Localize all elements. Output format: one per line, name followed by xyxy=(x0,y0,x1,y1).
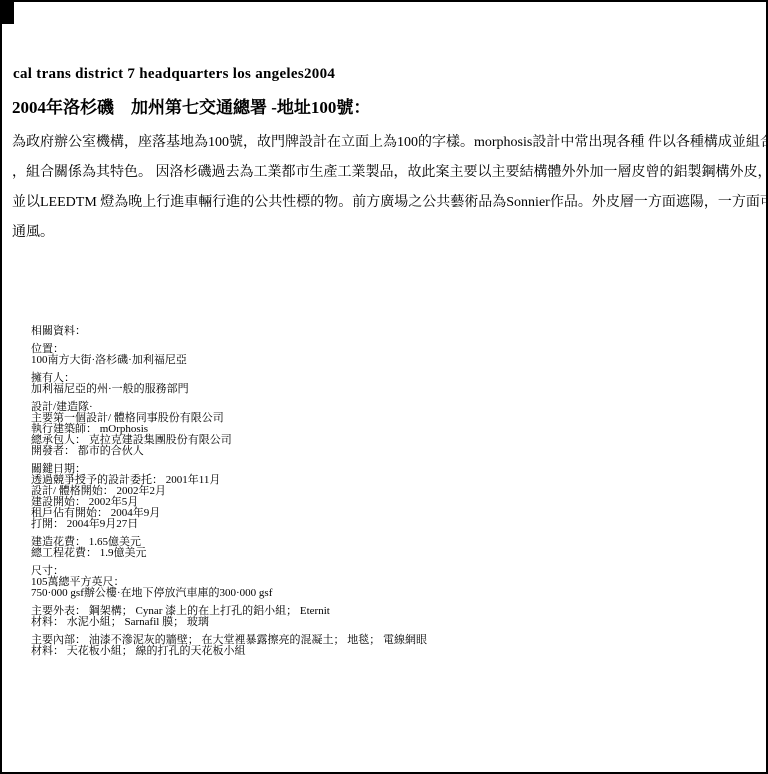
detail-line: 材料： 天花板小組； 線的打孔的天花板小組 xyxy=(31,646,427,657)
document-page: cal trans district 7 headquarters los an… xyxy=(0,0,768,774)
paragraph-line: 通風。 xyxy=(12,218,762,248)
description-paragraph: 為政府辦公室機構，座落基地為100號，故門牌設計在立面上為100的字樣。morp… xyxy=(12,128,762,248)
details-section: 相關資料： 位置： 100南方大街·洛杉磯·加利福尼亞 擁有人： 加利福尼亞的州… xyxy=(31,326,427,664)
detail-group-size: 尺寸： 105萬總平方英尺： 750·000 gsf辦公樓·在地下停放汽車庫的3… xyxy=(31,566,427,599)
page-heading-chinese: 2004年洛杉磯 加州第七交通總署 -地址100號： xyxy=(12,93,370,118)
detail-line: 總工程花費： 1.9億美元 xyxy=(31,548,427,559)
detail-line: 750·000 gsf辦公樓·在地下停放汽車庫的300·000 gsf xyxy=(31,588,427,599)
detail-group-related-info: 相關資料： xyxy=(31,326,427,337)
detail-line: 材料： 水泥小組； Sarnafil 膜； 玻璃 xyxy=(31,617,427,628)
detail-group-interior-materials: 主要內部： 油漆不滲泥灰的牆壁； 在大堂裡暴露擦亮的混凝土； 地毯； 電線網眼 … xyxy=(31,635,427,657)
paragraph-line: ，組合關係為其特色。 因洛杉磯過去為工業都市生產工業製品，故此案主要以主要結構體… xyxy=(12,158,762,188)
detail-group-exterior-materials: 主要外表： 鋼架構； Cynar 漆上的在上打孔的鋁小組； Eternit 材料… xyxy=(31,606,427,628)
detail-group-owner: 擁有人： 加利福尼亞的州·一般的服務部門 xyxy=(31,373,427,395)
detail-group-cost: 建造花費： 1.65億美元 總工程花費： 1.9億美元 xyxy=(31,537,427,559)
detail-group-design-build-team: 設計/建造隊· 主要第一個設計/ 體格同事股份有限公司 執行建築師： mOrph… xyxy=(31,402,427,457)
detail-line: 100南方大街·洛杉磯·加利福尼亞 xyxy=(31,355,427,366)
detail-group-key-dates: 關鍵日期： 透過競爭授予的設計委托： 2001年11月 設計/ 體格開始： 20… xyxy=(31,464,427,530)
detail-line: 加利福尼亞的州·一般的服務部門 xyxy=(31,384,427,395)
paragraph-line: 為政府辦公室機構，座落基地為100號，故門牌設計在立面上為100的字樣。morp… xyxy=(12,128,762,158)
detail-line: 相關資料： xyxy=(31,326,427,337)
detail-line: 打開： 2004年9月27日 xyxy=(31,519,427,530)
detail-line: 開發者： 都市的合伙人 xyxy=(31,446,427,457)
page-title-english: cal trans district 7 headquarters los an… xyxy=(13,66,335,83)
paragraph-line: 並以LEEDTM 燈為晚上行進車輛行進的公共性標的物。前方廣場之公共藝術品為So… xyxy=(12,188,762,218)
detail-group-location: 位置： 100南方大街·洛杉磯·加利福尼亞 xyxy=(31,344,427,366)
corner-mark xyxy=(2,2,14,24)
